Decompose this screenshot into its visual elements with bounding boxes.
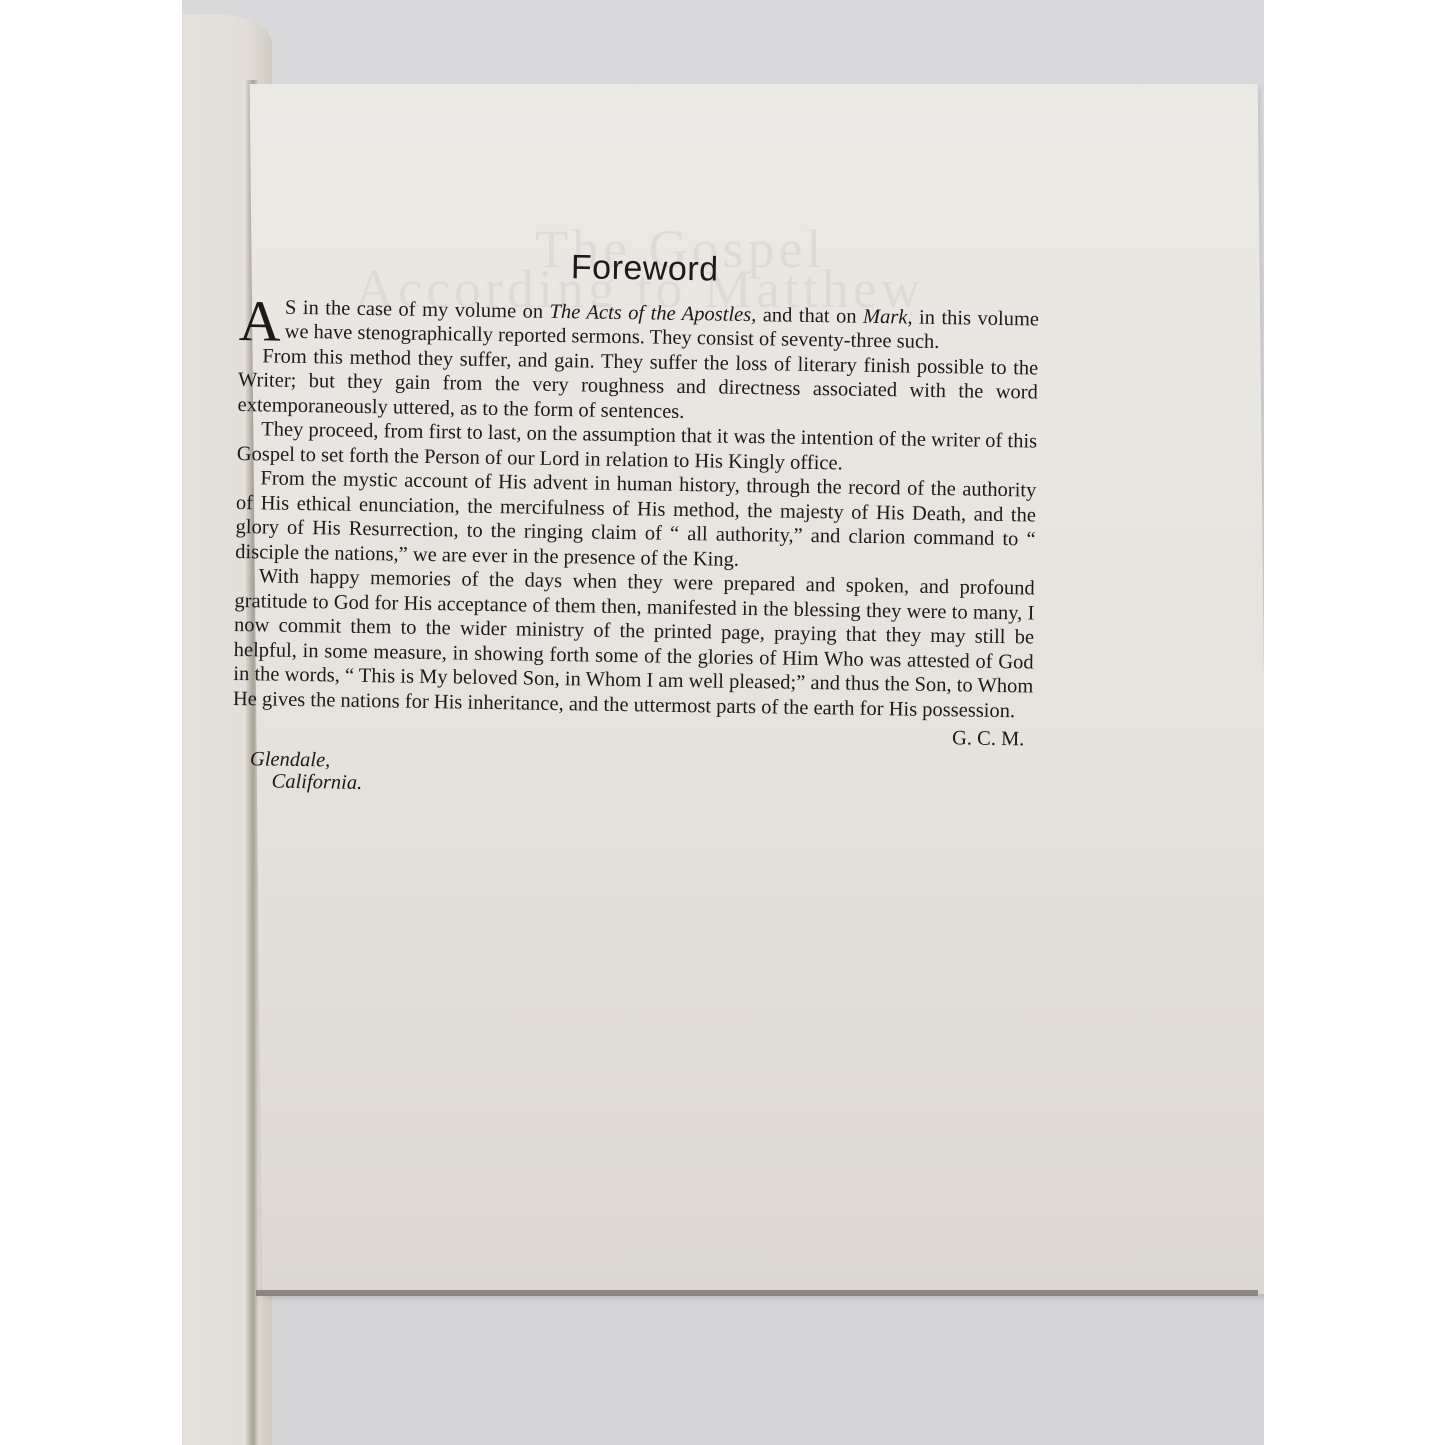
- page-edge: [256, 1290, 1258, 1296]
- paragraph-2: From this method they suffer, and gain. …: [237, 343, 1038, 429]
- drop-cap: A: [239, 298, 282, 343]
- paragraph-1-text-b: and that on: [756, 304, 863, 328]
- paragraph-5: With happy memories of the days when the…: [233, 564, 1035, 724]
- book-title-acts: The Acts of the Apostles,: [549, 300, 756, 325]
- foreword-text: Foreword AS in the case of my volume on …: [231, 250, 1039, 804]
- book-title-mark: Mark,: [863, 305, 913, 328]
- paragraph-1-text-a: S in the case of my volume on: [285, 296, 550, 322]
- paragraph-4: From the mystic account of His advent in…: [235, 466, 1036, 577]
